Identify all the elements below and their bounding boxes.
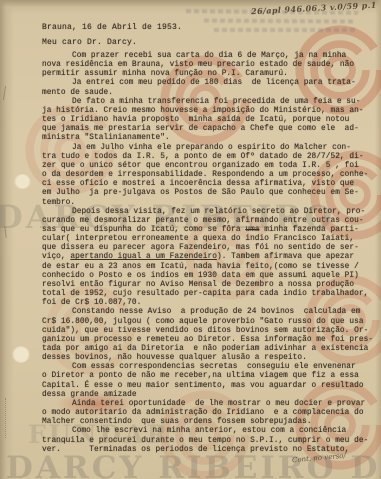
letter-line: tembro.: [42, 199, 378, 208]
ink-offset-ghost: [214, 28, 356, 32]
letter-line: curando me desmoralizar perante o mesmo,…: [42, 217, 378, 226]
letter-line: tes o Iridiano havia proposto minha said…: [42, 116, 378, 125]
letter-line: desses bovinos, não houvesse qualquer al…: [42, 354, 378, 363]
letter-line: De fato a minha transferencia foi preced…: [42, 98, 378, 107]
paper-left-edge: [0, 0, 14, 479]
scanned-letter-page: DARCY RIBEIRO FUNDAR DARCY RIBEIRO DA 26…: [0, 0, 381, 479]
letter-line: Constando nesse Aviso a produção de 24 b…: [42, 308, 378, 317]
letter-line: Ja entrei com meu pedido de 180 dias de …: [42, 79, 378, 88]
margin-scribble: [5, 398, 6, 438]
letter-line: tranquila e procurei durante o meu tempo…: [42, 437, 378, 446]
punch-hole: [14, 174, 31, 189]
letter-line: sas que eu dispunha do Icatú, como se fô…: [42, 226, 378, 235]
letter-line: Como lhe escrevi na minha anterior, esto…: [42, 427, 378, 436]
letter-line: Cr$ 16.800,00, julgou ( como aquele prov…: [42, 318, 378, 327]
letter-line: Depois dessa visita, fez um relatório se…: [42, 208, 378, 217]
letter-line: resolvi então figurar no Aviso Mensal de…: [42, 281, 378, 290]
letter-line: mento de saude.: [42, 89, 378, 98]
letter-line: viço, apertando igual a um Fazendeiro). …: [42, 253, 378, 262]
letter-line: Capital. É esse o meu maior sentimento, …: [42, 382, 378, 391]
letter-line: em Julho ja pre-julgava os Postos de São…: [42, 189, 378, 198]
letter-line: zer que o unico sétor que encontrou orga…: [42, 162, 378, 171]
letter-body: Com prazer recebi sua carta do dia 6 de …: [42, 52, 378, 455]
letter-line: Ainda terei oportunidade de lhe mostrar …: [42, 400, 378, 409]
letter-dateline: Brauna, 16 de Abril de 1953.: [42, 23, 182, 32]
letter-line: dessa grande amizade: [42, 391, 378, 400]
letter-line: tada por amigo ai da Diretoria e não pod…: [42, 345, 378, 354]
letter-line: ja história. Creio mesmo houvesse a impo…: [42, 107, 378, 116]
letter-line: tra tudo e todos da I.R. 5, a ponto de e…: [42, 153, 378, 162]
letter-line: o modo autoritario da administração do I…: [42, 409, 378, 418]
letter-salutation: Meu caro Dr. Darcy.: [42, 38, 137, 47]
letter-line: ganizou um processo e remeteu ao Diretor…: [42, 336, 378, 345]
letter-line: Com prazer recebi sua carta do dia 6 de …: [42, 52, 378, 61]
letter-line: total de 1952, cujo resultado per-capita…: [42, 290, 378, 299]
letter-line: conhecido o Posto e os indios em 1930 da…: [42, 272, 378, 281]
letter-line: foi de Cr$ 10.087,70.: [42, 299, 378, 308]
letter-line: cular( interpretou erroneamente a quexa …: [42, 235, 378, 244]
letter-line: de estar eu a 23 anos em Icatú, nada hav…: [42, 263, 378, 272]
letter-line: Ja em Julho vinha ele preparando o espir…: [42, 144, 378, 153]
ink-offset-ghost: [204, 18, 354, 23]
punch-hole: [12, 346, 30, 363]
letter-line: o da desordem e irresponsabilidade. Resp…: [42, 171, 378, 180]
letter-line: ministra "Stalinianamente".: [42, 134, 378, 143]
letter-line: o Diretor a ponto de não me receber,na u…: [42, 372, 378, 381]
letter-line: ci esse oficio e mostrei a incoerência d…: [42, 180, 378, 189]
letter-line: nova residência em Brauna, visto meu pre…: [42, 61, 378, 70]
letter-line: cuida"), que eu tivesse vendido os ditos…: [42, 327, 378, 336]
